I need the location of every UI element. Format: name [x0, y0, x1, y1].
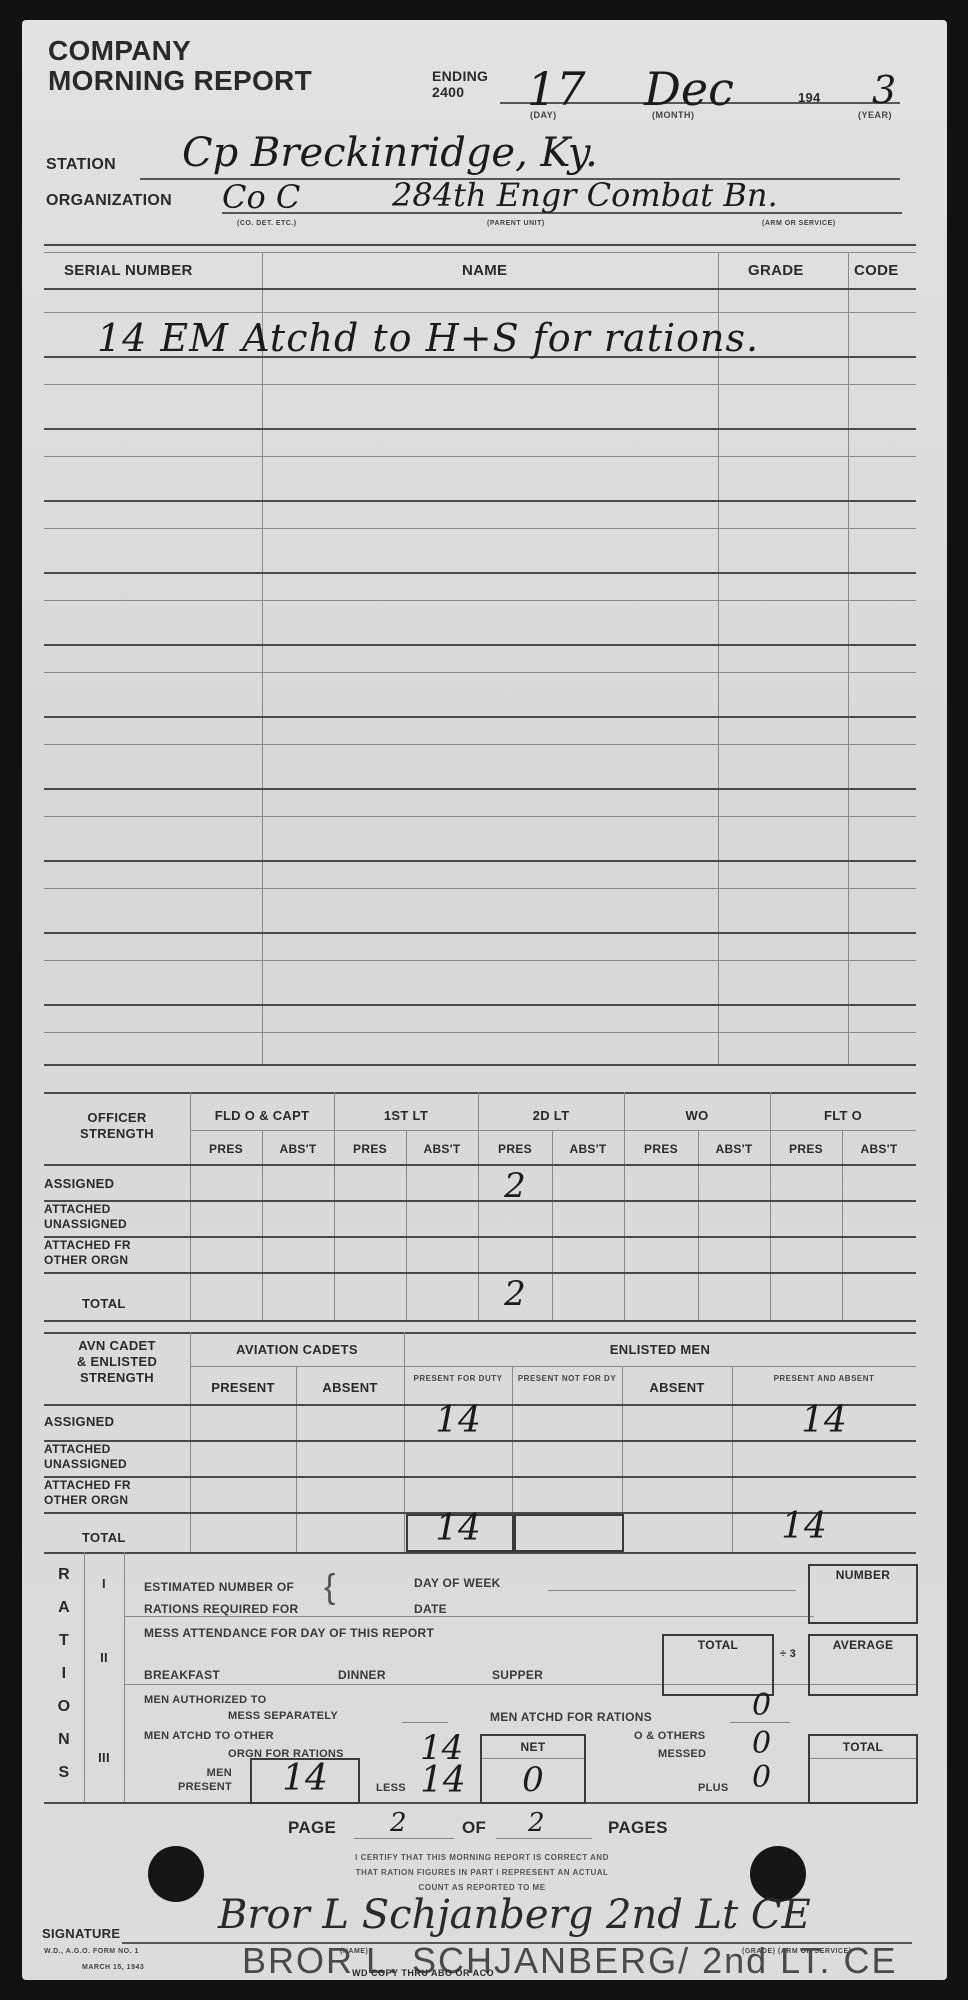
enlisted-row-assigned: ASSIGNED [44, 1414, 114, 1429]
officers-messed-label-2: MESSED [658, 1748, 706, 1760]
sub-abst: ABS'T [262, 1142, 334, 1156]
part-1-text: ESTIMATED NUMBER OF RATIONS REQUIRED FOR [144, 1576, 298, 1620]
part-2-numeral: II [84, 1650, 124, 1665]
em-total-present-for-duty: 14 [404, 1508, 512, 1549]
signature-label: SIGNATURE [42, 1926, 120, 1941]
sub-abst: ABS'T [552, 1142, 624, 1156]
side-letter: R [52, 1558, 76, 1591]
rations-total-divider [810, 1758, 916, 1759]
net-label: NET [482, 1740, 584, 1754]
sub-pres: PRES [334, 1142, 406, 1156]
of-line [496, 1838, 592, 1839]
col-em-present-not-for-duty: PRESENT NOT FOR DY [512, 1372, 622, 1386]
certification-text: I CERTIFY THAT THIS MORNING REPORT IS CO… [252, 1850, 712, 1895]
officer-row-attached-unassigned: ATTACHED UNASSIGNED [44, 1202, 164, 1232]
ending-label: ENDING 2400 [432, 68, 488, 100]
less-value: 14 [420, 1760, 466, 1801]
em-assigned-present-for-duty: 14 [404, 1400, 512, 1441]
enlisted-title-2: & ENLISTED [52, 1354, 182, 1370]
col-em-present-and-absent: PRESENT AND ABSENT [732, 1372, 916, 1386]
attendance-total-label: TOTAL [664, 1638, 772, 1652]
officer-row-total: TOTAL [82, 1296, 126, 1311]
year-prefix: 194 [798, 90, 821, 105]
officers-messed-label-1: O & OTHERS [634, 1730, 705, 1742]
morning-report-form: COMPANY MORNING REPORT ENDING 2400 17 De… [22, 20, 947, 1980]
less-label: LESS [376, 1782, 406, 1794]
officer-strength-title: OFFICER STRENGTH [62, 1110, 172, 1142]
page-line [354, 1838, 454, 1839]
rations-total-label: TOTAL [810, 1740, 916, 1754]
officers-messed-value: 0 [752, 1726, 771, 1761]
roster-divider-1 [262, 252, 263, 1064]
col-name: NAME [462, 262, 507, 279]
col-grade: GRADE [748, 262, 804, 279]
breakfast-label: BREAKFAST [144, 1668, 220, 1682]
roster-top-rule [44, 244, 916, 246]
enlisted-row-attached-unassigned: ATTACHED UNASSIGNED [44, 1442, 164, 1472]
sub-pres: PRES [770, 1142, 842, 1156]
officer-group-1st-lt: 1ST LT [334, 1108, 478, 1123]
wd-copy-label: WD COPY THRU ABO OR ACO [352, 1968, 494, 1978]
form-title: COMPANY MORNING REPORT [48, 36, 312, 96]
page-label: PAGE [288, 1818, 336, 1838]
sub-pres: PRES [190, 1142, 262, 1156]
officer-row-attached-fr-other: ATTACHED FR OTHER ORGN [44, 1238, 164, 1268]
men-present-value: 14 [252, 1758, 358, 1799]
side-letter: A [52, 1591, 76, 1624]
org-caption-arm: (ARM OR SERVICE) [762, 220, 836, 227]
year-caption: (YEAR) [858, 110, 892, 120]
col-cadets-present: PRESENT [190, 1380, 296, 1395]
roster-divider-3 [848, 252, 849, 1064]
binder-hole-left [148, 1846, 204, 1902]
divide-by-three: ÷ 3 [776, 1648, 800, 1660]
sub-pres: PRES [478, 1142, 552, 1156]
men-authorized-label-1: MEN AUTHORIZED TO [144, 1694, 266, 1706]
page-value: 2 [390, 1808, 407, 1838]
org-caption-unit: (CO. DET. ETC.) [237, 220, 297, 227]
enlisted-title-1: AVN CADET [52, 1338, 182, 1354]
report-year: 3 [872, 68, 896, 112]
enlisted-title-3: STRENGTH [52, 1370, 182, 1386]
net-value: 0 [482, 1760, 584, 1800]
col-serial-number: SERIAL NUMBER [64, 262, 193, 279]
number-label: NUMBER [810, 1568, 916, 1582]
month-caption: (MONTH) [652, 110, 695, 120]
station-label: STATION [46, 156, 116, 174]
side-letter: O [52, 1690, 76, 1723]
side-letter: I [52, 1657, 76, 1690]
side-letter: T [52, 1624, 76, 1657]
sub-abst: ABS'T [698, 1142, 770, 1156]
day-of-week-label: DAY OF WEEK [414, 1576, 501, 1590]
officer-title-2: STRENGTH [62, 1126, 172, 1142]
certify-line-2: THAT RATION FIGURES IN PART I REPRESENT … [252, 1865, 712, 1880]
mess-separately-line [402, 1722, 448, 1723]
part-1-line-1: ESTIMATED NUMBER OF [144, 1576, 298, 1598]
side-letter: S [52, 1756, 76, 1789]
roster-top-rule-2 [44, 252, 916, 253]
men-present-label-2: PRESENT [172, 1780, 232, 1794]
enlisted-top-rule [44, 1332, 916, 1334]
title-line-1: COMPANY [48, 36, 312, 66]
total-present-not-for-duty-box [514, 1514, 624, 1552]
officer-group-fld-o-capt: FLD O & CAPT [190, 1108, 334, 1123]
officer-title-1: OFFICER [62, 1110, 172, 1126]
men-atchd-other-label-1: MEN ATCHD TO OTHER [144, 1730, 274, 1742]
day-of-week-line [548, 1590, 796, 1591]
of-value: 2 [528, 1808, 545, 1838]
supper-label: SUPPER [492, 1668, 543, 1682]
em-total-present-and-absent: 14 [712, 1506, 896, 1547]
dinner-label: DINNER [338, 1668, 386, 1682]
col-cadets-absent: ABSENT [296, 1380, 404, 1395]
ending-time: 2400 [432, 84, 488, 100]
plus-label: PLUS [698, 1782, 729, 1794]
mess-attendance-label: MESS ATTENDANCE FOR DAY OF THIS REPORT [144, 1626, 434, 1640]
day-caption: (DAY) [530, 110, 557, 120]
sub-abst: ABS'T [842, 1142, 916, 1156]
group-aviation-cadets: AVIATION CADETS [190, 1342, 404, 1357]
men-atchd-for-rations-value: 0 [752, 1688, 771, 1723]
officer-assigned-2dlt-pres: 2 [478, 1166, 552, 1206]
men-present-label-1: MEN [172, 1766, 232, 1780]
organization-unit: Co C [222, 178, 300, 216]
roster-divider-2 [718, 252, 719, 1064]
signature: Bror L Schjanberg 2nd Lt CE [218, 1892, 811, 1938]
men-atchd-for-rations-label: MEN ATCHD FOR RATIONS [490, 1710, 652, 1724]
officer-total-2dlt-pres: 2 [478, 1274, 552, 1314]
part-3-numeral: III [84, 1750, 124, 1765]
officer-top-rule [44, 1092, 916, 1094]
officer-group-flt-o: FLT O [770, 1108, 916, 1123]
net-box-divider [482, 1758, 584, 1759]
officer-group-2d-lt: 2D LT [478, 1108, 624, 1123]
sub-abst: ABS'T [406, 1142, 478, 1156]
typed-name: BROR L. SCHJANBERG/ 2nd LT. CE [242, 1940, 898, 1982]
report-month: Dec [644, 62, 734, 116]
brace: { [324, 1568, 336, 1607]
col-em-present-for-duty: PRESENT FOR DUTY [404, 1372, 512, 1386]
men-present-label: MEN PRESENT [172, 1766, 232, 1794]
enlisted-row-attached-fr-other: ATTACHED FR OTHER ORGN [44, 1478, 164, 1508]
pages-label: PAGES [608, 1818, 668, 1838]
station-value: Cp Breckinridge, Ky. [182, 130, 598, 176]
report-day: 17 [527, 62, 586, 116]
officer-row-assigned: ASSIGNED [44, 1176, 184, 1191]
date-label: DATE [414, 1602, 447, 1616]
col-em-absent: ABSENT [622, 1380, 732, 1395]
officer-group-wo: WO [624, 1108, 770, 1123]
em-assigned-present-and-absent: 14 [732, 1400, 916, 1441]
enlisted-row-total: TOTAL [82, 1530, 126, 1545]
org-caption-parent: (PARENT UNIT) [487, 220, 545, 227]
group-enlisted-men: ENLISTED MEN [404, 1342, 916, 1357]
roster-entry: 14 EM Atchd to H+S for rations. [97, 316, 759, 360]
part-1-line-2: RATIONS REQUIRED FOR [144, 1598, 298, 1620]
average-label: AVERAGE [810, 1638, 916, 1652]
men-authorized-label-2: MESS SEPARATELY [228, 1710, 338, 1722]
certify-line-1: I CERTIFY THAT THIS MORNING REPORT IS CO… [252, 1850, 712, 1865]
part-1-numeral: I [84, 1576, 124, 1591]
rations-side-label: R A T I O N S [52, 1558, 76, 1789]
side-letter: N [52, 1723, 76, 1756]
form-number: W.D., A.G.O. FORM NO. 1 [44, 1948, 139, 1955]
ending-text: ENDING [432, 68, 488, 84]
sub-pres: PRES [624, 1142, 698, 1156]
col-code: CODE [854, 262, 899, 279]
title-line-2: MORNING REPORT [48, 66, 312, 96]
organization-parent: 284th Engr Combat Bn. [392, 176, 778, 214]
organization-label: ORGANIZATION [46, 192, 172, 210]
enlisted-strength-title: AVN CADET & ENLISTED STRENGTH [52, 1338, 182, 1386]
plus-value: 0 [752, 1760, 771, 1795]
of-label: OF [462, 1818, 486, 1838]
form-date: MARCH 15, 1943 [82, 1964, 144, 1971]
